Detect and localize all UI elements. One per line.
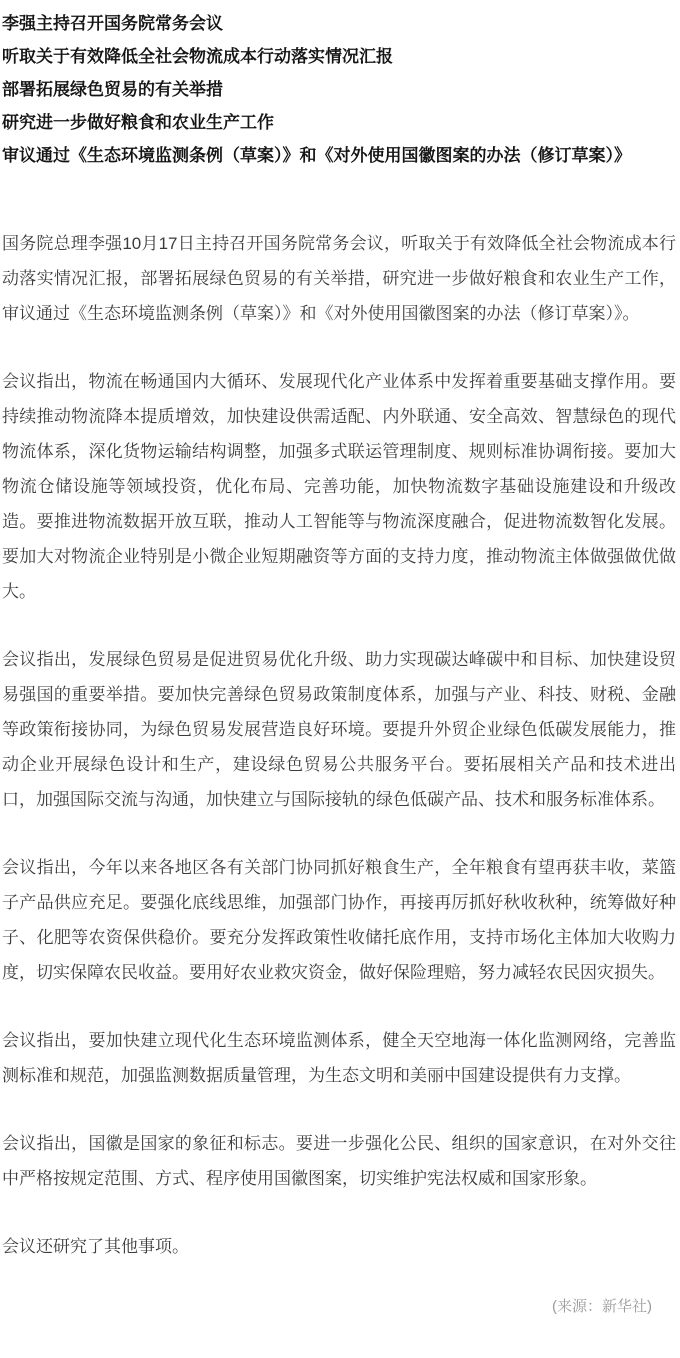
headline-line-1: 李强主持召开国务院常务会议 (2, 7, 676, 40)
headline-line-3: 部署拓展绿色贸易的有关举措 (2, 73, 676, 106)
headline-line-5: 审议通过《生态环境监测条例（草案）》和《对外使用国徽图案的办法（修订草案）》 (2, 139, 676, 172)
article-paragraph-national-emblem: 会议指出，国徽是国家的象征和标志。要进一步强化公民、组织的国家意识，在对外交往中… (2, 1126, 676, 1196)
headline-line-2: 听取关于有效降低全社会物流成本行动落实情况汇报 (2, 40, 676, 73)
article-paragraph-logistics: 会议指出，物流在畅通国内大循环、发展现代化产业体系中发挥着重要基础支撑作用。要持… (2, 364, 676, 609)
source-attribution: (来源：新华社) (2, 1297, 676, 1317)
article-paragraph-green-trade: 会议指出，发展绿色贸易是促进贸易优化升级、助力实现碳达峰碳中和目标、加快建设贸易… (2, 642, 676, 817)
article-paragraph-eco-monitoring: 会议指出，要加快建立现代化生态环境监测体系，健全天空地海一体化监测网络，完善监测… (2, 1023, 676, 1093)
article-page: 李强主持召开国务院常务会议 听取关于有效降低全社会物流成本行动落实情况汇报 部署… (0, 0, 680, 1358)
article-paragraph-lead: 国务院总理李强10月17日主持召开国务院常务会议，听取关于有效降低全社会物流成本… (2, 226, 676, 331)
article-headline: 李强主持召开国务院常务会议 听取关于有效降低全社会物流成本行动落实情况汇报 部署… (2, 7, 676, 172)
article-paragraph-grain: 会议指出，今年以来各地区各有关部门协同抓好粮食生产，全年粮食有望再获丰收，菜篮子… (2, 850, 676, 990)
article-body: 国务院总理李强10月17日主持召开国务院常务会议，听取关于有效降低全社会物流成本… (2, 226, 676, 1317)
article-paragraph-other-matters: 会议还研究了其他事项。 (2, 1229, 676, 1264)
headline-line-4: 研究进一步做好粮食和农业生产工作 (2, 106, 676, 139)
